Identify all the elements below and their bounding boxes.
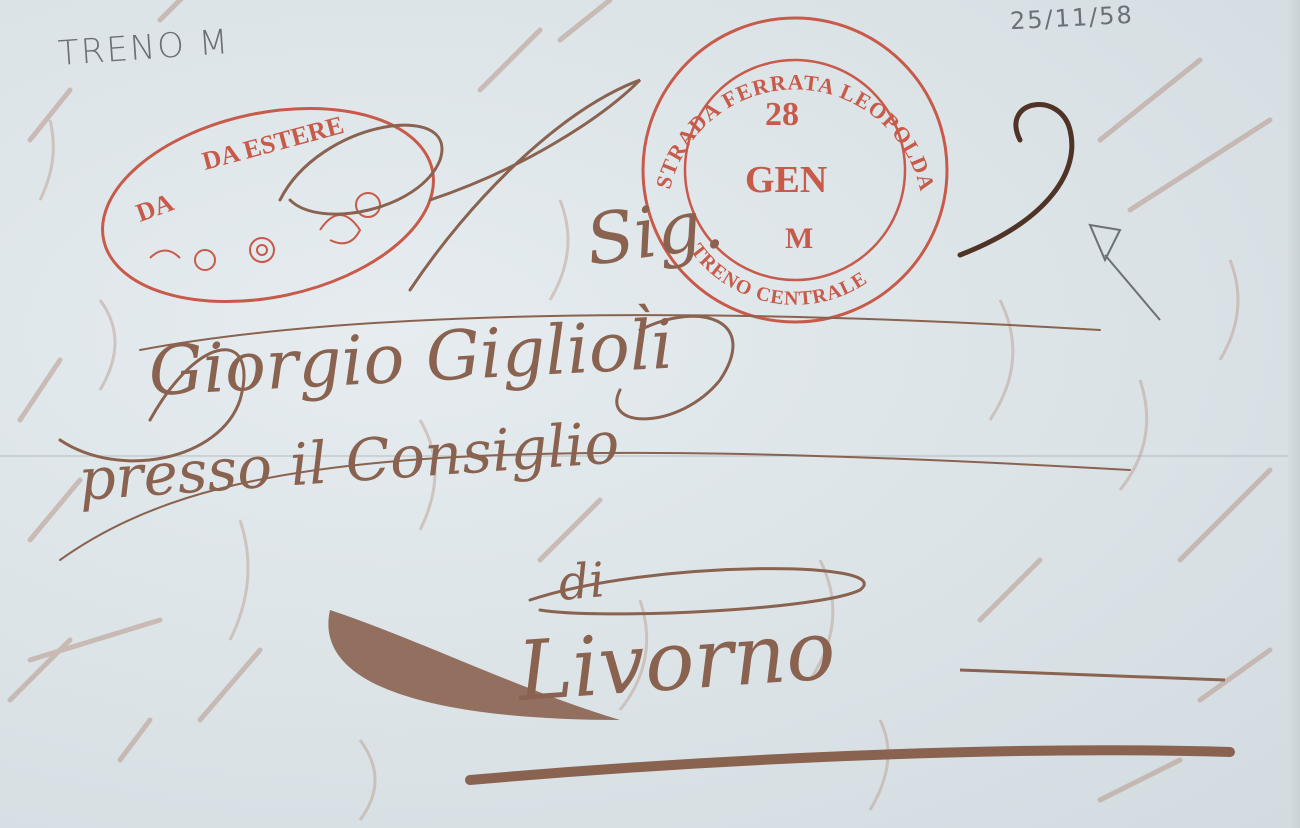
addressee-name: Giorgio Gigliol̀i [147,302,675,412]
addressee-line3: di [556,552,607,612]
city-tail [960,670,1225,680]
manuscript-address: Sig. Giorgio Gigliol̀i presso il Consigl… [0,0,1300,828]
postal-cover: TRENO M 25/11/58 DA DA ESTERE STRADA FER… [0,0,1300,828]
addressee-line2: presso il Consiglio [76,408,621,514]
salutation-text: Sig. [581,182,728,282]
underline-stroke [470,750,1230,780]
addressee-city: Livorno [513,603,839,720]
